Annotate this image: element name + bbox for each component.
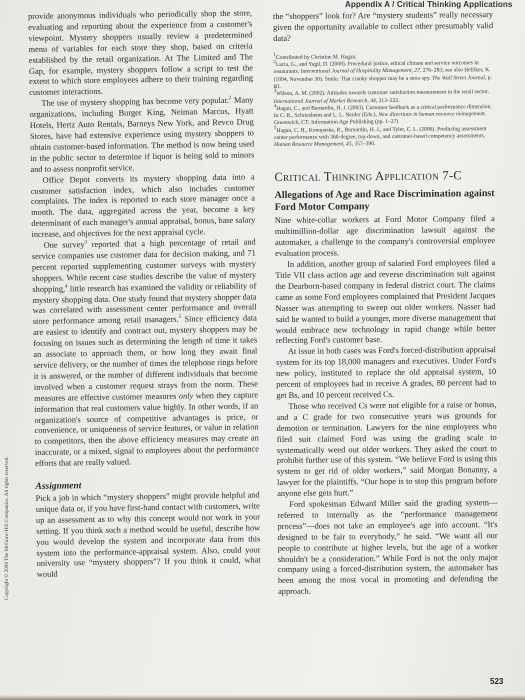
paragraph-survey: One survey3 reported that a high percent… [32, 237, 260, 470]
footnote-journal: The Wall Street Journal, [432, 75, 486, 81]
paragraph-text: Since efficiency data are easiest to ide… [33, 314, 258, 403]
copyright-notice: Copyright © 2009 The McGraw-Hill Compani… [4, 456, 10, 600]
footnote-4: 4Hagan, C., and Bernardin, H. J. (2003).… [274, 104, 494, 128]
footnote-mark: 4 [65, 284, 68, 289]
application-title: Critical Thinking Application 7-C [274, 170, 494, 183]
footnote-journal: Human Resource Management, 45, [274, 142, 353, 149]
continuation-text: the “shoppers” look for? Are “mystery st… [273, 10, 493, 45]
footnote-text: Wilson, A. M. (2002). Attitudes towards … [276, 89, 489, 97]
running-head: Appendix A / Critical Thinking Applicati… [345, 0, 512, 9]
page-edge-shadow [0, 695, 525, 700]
right-column: the “shoppers” look for? Are “mystery st… [273, 10, 498, 598]
footnote-text: Greenwich, CT: Information Age Publishin… [274, 119, 398, 126]
case-paragraph: At issue in both cases was Ford's forced… [276, 345, 496, 401]
left-column: provide anonymous individuals who period… [28, 8, 261, 581]
case-paragraph: Ford spokesman Edward Miller said the gr… [277, 498, 498, 598]
footnote-text: 213–222. [379, 97, 400, 103]
paragraph-intro: provide anonymous individuals who period… [28, 8, 253, 99]
page-number: 523 [490, 677, 503, 686]
paragraph-text: One survey [44, 240, 85, 250]
footnote-journal: New directions in human resource managem… [378, 111, 486, 118]
case-paragraph: Nine white-collar workers at Ford Motor … [275, 215, 495, 261]
case-paragraph: Those who received Cs were not eligible … [276, 400, 497, 500]
paragraph-popularity: The use of mystery shopping has become v… [29, 96, 254, 176]
case-paragraph: In addition, another group of salaried F… [275, 258, 496, 347]
footnote-mark: 3 [84, 240, 87, 245]
paragraph-office-depot: Office Depot converts its mystery shoppi… [31, 172, 256, 241]
footnote-text: Hagan, C. H., Konopaske, R., Bernardin, … [274, 126, 486, 141]
footnote-mark: 2 [229, 96, 232, 101]
paragraph-text: The use of mystery shopping has become v… [41, 96, 229, 108]
footnote-2: 2Luria, G., and Yagil, D. (2008). Proced… [273, 60, 493, 91]
paragraph-text: Office Depot converts its mystery shoppi… [31, 172, 256, 239]
footnote-journal: International Journal of Hospitality Man… [301, 68, 422, 75]
assignment-text: Pick a job in which “mystery shoppers” m… [36, 490, 261, 581]
footnote-mark: 5 [179, 315, 182, 320]
footnote-5: 5Hagan, C. H., Konopaske, R., Bernardin,… [274, 126, 494, 150]
footnote-text: 357–390. [354, 141, 375, 147]
footnote-journal: International Journal of Market Research… [274, 98, 377, 105]
paragraph-text: provide anonymous individuals who period… [28, 8, 253, 97]
footnote-text: Contributed by Christine M. Hagan. [276, 54, 357, 61]
footnotes: 1Contributed by Christine M. Hagan. 2Lur… [273, 53, 494, 150]
case-title: Allegations of Age and Race Discriminati… [275, 189, 495, 214]
emphasis-text: only [179, 391, 194, 400]
